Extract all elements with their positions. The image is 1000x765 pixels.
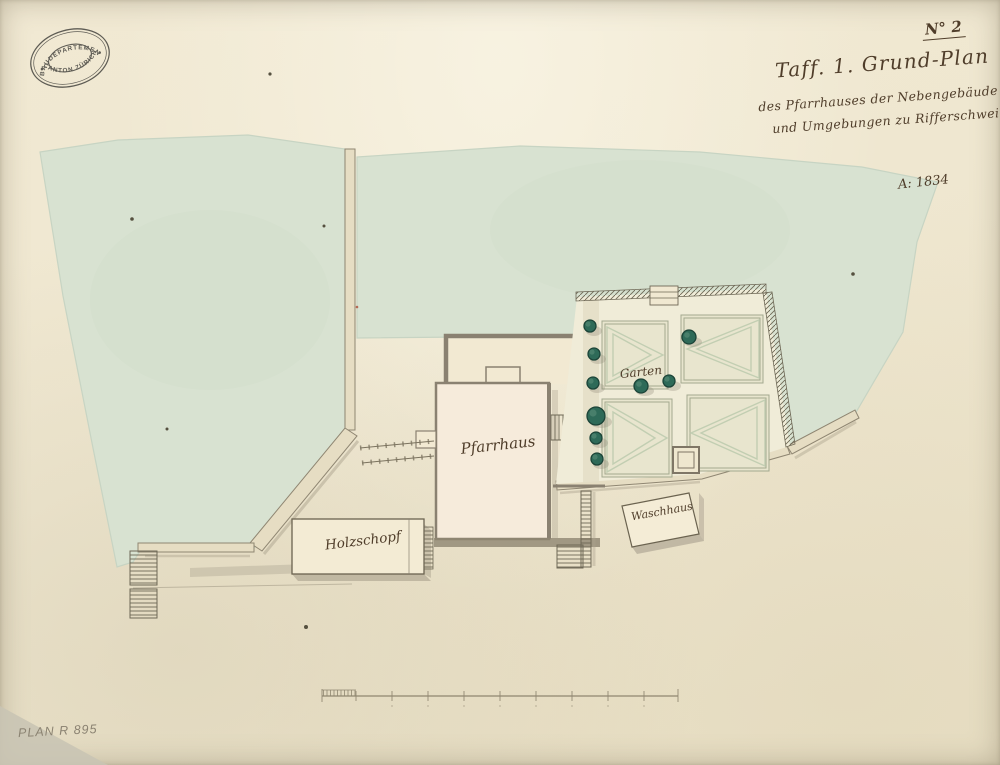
- garden-pavilion: [673, 447, 699, 473]
- south-stairs: [557, 545, 583, 568]
- stamp-outer-ring: [24, 20, 116, 96]
- sheet-number: N° 2: [921, 18, 965, 40]
- scale-subdivisions: [322, 690, 356, 697]
- plan-sheet: BAUDEPARTEMENT CANTON ZÜRICH N° 2 Taff. …: [0, 0, 1000, 765]
- entry-step: [486, 367, 520, 384]
- stairs-upper: [130, 551, 157, 585]
- west-annex: [416, 431, 436, 448]
- baudepartement-stamp: BAUDEPARTEMENT CANTON ZÜRICH: [20, 20, 120, 96]
- pfarrhaus-outline: [436, 383, 549, 539]
- garden-gate-steps: [650, 286, 678, 305]
- east-court-steps: [581, 491, 591, 567]
- scale-bar: [322, 689, 678, 707]
- stamp-middle-ring: [27, 24, 112, 93]
- shed-stairs: [424, 527, 433, 569]
- building-shadow: [552, 390, 558, 538]
- pencil-line: [133, 584, 352, 588]
- fence-rail: [362, 456, 434, 463]
- shed-shadow-south: [292, 574, 431, 581]
- stairs-lower: [130, 589, 157, 618]
- path-vertical: [345, 149, 355, 430]
- scale-faded-numerals: [391, 705, 645, 707]
